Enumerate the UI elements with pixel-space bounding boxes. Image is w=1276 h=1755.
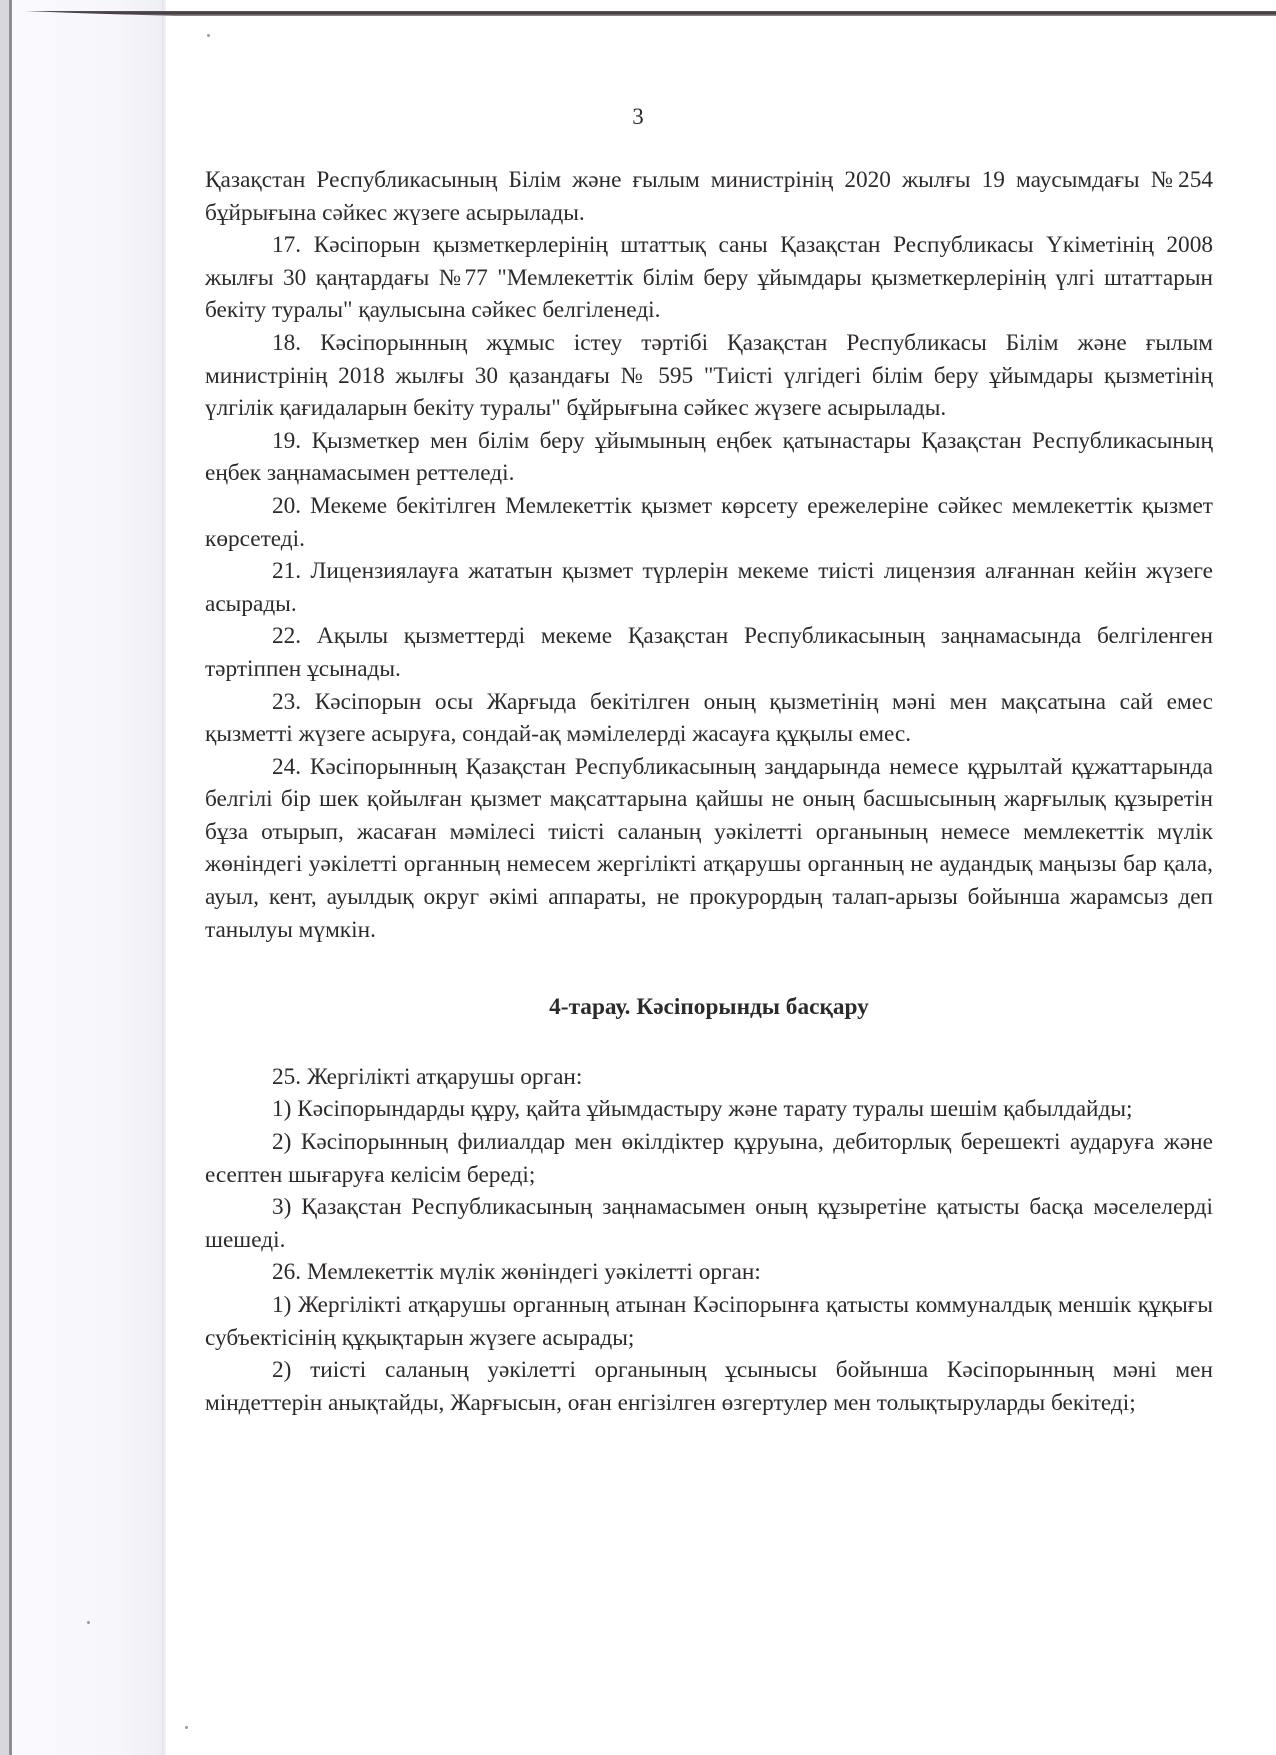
page-fold-line	[162, 0, 166, 1755]
paragraph: Қазақстан Республикасының Білім және ғыл…	[205, 164, 1213, 229]
section-before-chapter: Қазақстан Республикасының Білім және ғыл…	[205, 164, 1213, 946]
list-item-25-1: 1) Кәсіпорындарды құру, қайта ұйымдастыр…	[205, 1093, 1213, 1126]
document-body: Қазақстан Республикасының Білім және ғыл…	[205, 164, 1213, 1419]
paragraph-21: 21. Лицензиялауға жататын қызмет түрлері…	[205, 555, 1213, 620]
paragraph-20: 20. Мекеме бекітілген Мемлекеттік қызмет…	[205, 490, 1213, 555]
paragraph-25: 25. Жергілікті атқарушы орган:	[205, 1061, 1213, 1094]
paragraph-22: 22. Ақылы қызметтерді мекеме Қазақстан Р…	[205, 620, 1213, 685]
scan-left-edge	[0, 0, 12, 1755]
list-item-26-1: 1) Жергілікті атқарушы органның атынан К…	[205, 1289, 1213, 1354]
scan-speck	[207, 34, 210, 37]
paragraph-24: 24. Кәсіпорынның Қазақстан Республикасын…	[205, 751, 1213, 947]
scan-speck	[87, 1621, 90, 1624]
paragraph-17: 17. Кәсіпорын қызметкерлерінің штаттық с…	[205, 229, 1213, 327]
list-item-25-2: 2) Кәсіпорынның филиалдар мен өкілдіктер…	[205, 1126, 1213, 1191]
list-item-26-2: 2) тиісті саланың уәкілетті органының ұс…	[205, 1354, 1213, 1419]
scan-speck	[185, 1726, 188, 1729]
section-after-chapter: 25. Жергілікті атқарушы орган: 1) Кәсіпо…	[205, 1061, 1213, 1420]
chapter-heading: 4-тарау. Кәсіпорынды басқару	[205, 991, 1213, 1024]
binding-margin	[12, 0, 162, 1755]
paragraph-18: 18. Кәсіпорынның жұмыс істеу тәртібі Қаз…	[205, 327, 1213, 425]
page-number: 3	[0, 104, 1276, 130]
scanned-page: 3 Қазақстан Республикасының Білім және ғ…	[0, 0, 1276, 1755]
list-item-25-3: 3) Қазақстан Республикасының заңнамасыме…	[205, 1191, 1213, 1256]
paragraph-23: 23. Кәсіпорын осы Жарғыда бекітілген оны…	[205, 686, 1213, 751]
paragraph-19: 19. Қызметкер мен білім беру ұйымының ең…	[205, 425, 1213, 490]
scan-top-edge	[25, 11, 1276, 16]
paragraph-26: 26. Мемлекеттік мүлік жөніндегі уәкілетт…	[205, 1256, 1213, 1289]
